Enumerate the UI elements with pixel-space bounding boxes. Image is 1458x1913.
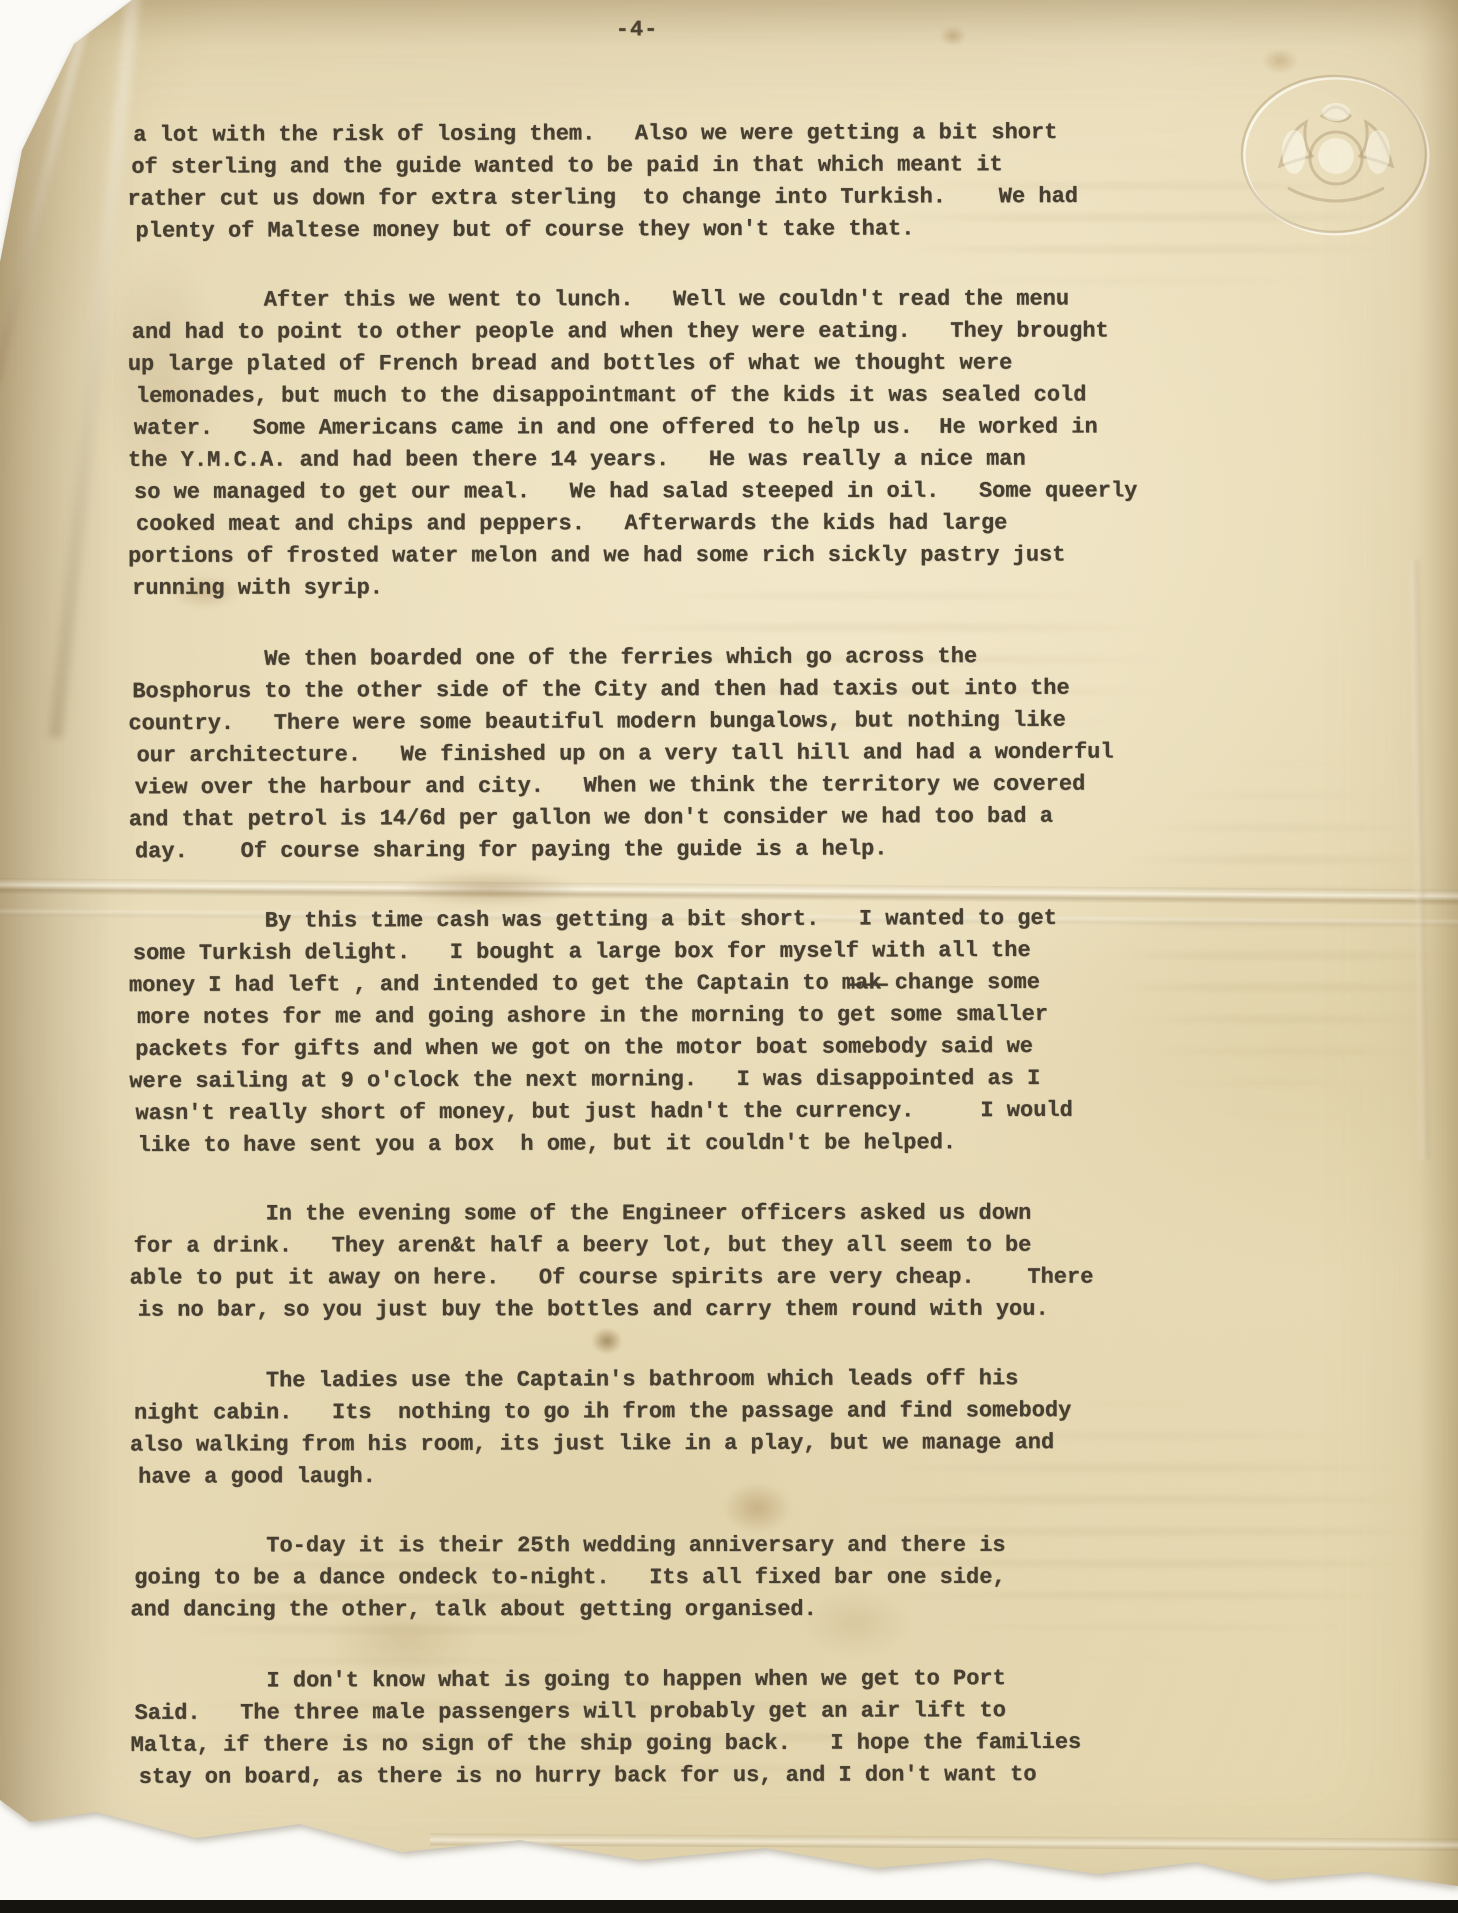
typed-line: view over the harbour and city. When we … <box>135 768 1313 805</box>
paragraph: In the evening some of the Engineer offi… <box>134 1197 1314 1326</box>
typed-line: for a drink. They aren&t half a beery lo… <box>134 1229 1314 1262</box>
typed-line: running with syrip. <box>132 571 1312 605</box>
typed-line: Said. The three male passengers will pro… <box>135 1694 1315 1730</box>
page-number: -4- <box>131 13 1143 47</box>
typed-line: water. Some Americans came in and one of… <box>134 411 1312 445</box>
typed-line: were sailing at 9 o'clock the next morni… <box>129 1062 1313 1098</box>
typed-line: going to be a dance ondeck to-night. Its… <box>134 1562 1314 1595</box>
typed-line: In the evening some of the Engineer offi… <box>136 1197 1314 1230</box>
typed-line: the Y.M.C.A. and had been there 14 years… <box>128 443 1312 477</box>
paragraph: After this we went to lunch. Well we cou… <box>132 283 1312 605</box>
typed-line: some Turkish delight. I bought a large b… <box>133 934 1313 970</box>
typed-line: money I had left , and intended to get t… <box>129 966 1313 1002</box>
typed-line: day. Of course sharing for paying the gu… <box>135 832 1313 869</box>
typed-line: more notes for me and going ashore in th… <box>137 998 1313 1034</box>
typed-line: By this time cash was getting a bit shor… <box>135 902 1313 938</box>
paragraph: By this time cash was getting a bit shor… <box>133 902 1314 1162</box>
typed-line: The ladies use the Captain's bathroom wh… <box>136 1362 1314 1397</box>
typed-line: a lot with the risk of losing them. Also… <box>133 116 1311 151</box>
typed-line: and had to point to other people and whe… <box>132 315 1312 349</box>
scanner-edge-strip <box>0 1900 1458 1913</box>
typed-line: wasn't really short of money, but just h… <box>135 1094 1313 1130</box>
typed-line: of sterling and the guide wanted to be p… <box>131 148 1311 184</box>
typed-line: our architecture. We finished up on a ve… <box>137 736 1313 773</box>
paragraph: The ladies use the Captain's bathroom wh… <box>134 1362 1314 1493</box>
paragraph: I don't know what is going to happen whe… <box>134 1662 1314 1794</box>
typed-line: night cabin. Its nothing to go ih from t… <box>134 1394 1314 1429</box>
typed-line: and dancing the other, talk about gettin… <box>130 1594 1314 1627</box>
typed-line: so we managed to get our meal. We had sa… <box>134 475 1312 509</box>
paper-wrap: -4- a lot with the risk of losing them. … <box>0 0 1458 1913</box>
letter-paper: -4- a lot with the risk of losing them. … <box>0 0 1458 1913</box>
typed-line: lemonades, but much to the disappointman… <box>136 379 1312 413</box>
paragraph: a lot with the risk of losing them. Also… <box>131 116 1311 248</box>
typed-line: rather cut us down for extra sterling to… <box>127 180 1311 216</box>
paragraph: We then boarded one of the ferries which… <box>132 640 1313 869</box>
typed-line: like to have sent you a box h ome, but i… <box>137 1126 1313 1162</box>
typed-line: stay on board, as there is no hurry back… <box>139 1758 1315 1794</box>
typed-line: country. There were some beautiful moder… <box>128 704 1312 741</box>
typed-line: packets for gifts and when we got on the… <box>135 1030 1313 1066</box>
typed-text-layer: -4- a lot with the risk of losing them. … <box>0 0 1458 1913</box>
typed-line: able to put it away on here. Of course s… <box>130 1261 1314 1294</box>
typed-line: Malta, if there is no sign of the ship g… <box>131 1726 1315 1762</box>
typed-line: is no bar, so you just buy the bottles a… <box>138 1293 1314 1326</box>
typed-line: We then boarded one of the ferries which… <box>134 640 1312 677</box>
typed-line: have a good laugh. <box>138 1458 1314 1493</box>
typed-line: Bosphorus to the other side of the City … <box>132 672 1312 709</box>
typed-line: I don't know what is going to happen whe… <box>136 1662 1314 1698</box>
typed-line: portions of frosted water melon and we h… <box>128 539 1312 573</box>
paragraph: To-day it is their 25th wedding annivers… <box>134 1530 1314 1627</box>
letter-body: a lot with the risk of losing them. Also… <box>131 117 1315 1831</box>
typed-line: and that petrol is 14/6d per gallon we d… <box>129 800 1313 837</box>
scanned-letter-page: -4- a lot with the risk of losing them. … <box>0 0 1458 1913</box>
typed-line: To-day it is their 25th wedding annivers… <box>136 1530 1314 1563</box>
typed-line: plenty of Maltese money but of course th… <box>135 212 1311 247</box>
typed-line: cooked meat and chips and peppers. After… <box>136 507 1312 541</box>
typed-line: After this we went to lunch. Well we cou… <box>134 283 1312 317</box>
typed-line: up large plated of French bread and bott… <box>128 347 1312 381</box>
typed-line: also walking from his room, its just lik… <box>130 1426 1314 1461</box>
